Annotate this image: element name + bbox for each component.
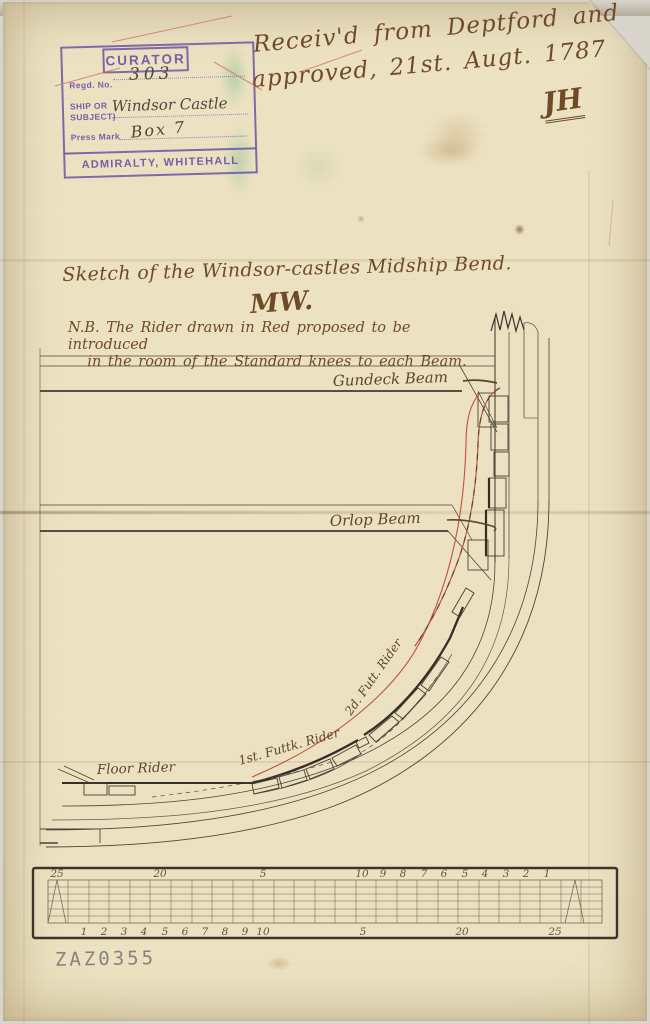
scale-tick: 25 xyxy=(49,868,64,880)
orlop-beam-label: Orlop Beam xyxy=(330,509,421,530)
scanned-document: CURATOR Regd. No. 303 SHIP OR SUBJECT) W… xyxy=(0,0,650,1024)
red-rider-lines xyxy=(252,388,500,777)
scale-tick: 8 xyxy=(400,868,407,880)
scale-tick: 1 xyxy=(81,926,88,938)
scale-tick: 7 xyxy=(202,926,209,938)
upper-rider-chocks xyxy=(486,396,509,556)
scale-tick: 4 xyxy=(140,926,148,938)
scale-tick: 9 xyxy=(242,926,249,938)
scale-tick: 1 xyxy=(544,868,551,880)
label-flourish xyxy=(447,520,496,531)
scale-grid-rows xyxy=(48,887,602,916)
scale-tick: 4 xyxy=(481,868,489,880)
scale-tick: 3 xyxy=(121,926,128,938)
archive-number: ZAZ0355 xyxy=(55,947,156,971)
scale-tick: 8 xyxy=(222,926,229,938)
scale-bar: 25 20 5 10 9 8 7 6 5 4 3 2 1 1 2 3 4 5 6… xyxy=(33,868,617,938)
midship-bend-drawing: Gundeck Beam Orlop Beam Floor Rider 1st.… xyxy=(0,0,650,1024)
scale-tick: 25 xyxy=(547,926,562,938)
scale-tick: 5 xyxy=(162,926,169,938)
scale-tick: 6 xyxy=(441,868,448,880)
red-pencil-marks xyxy=(55,16,613,246)
scale-tick-labels: 25 20 5 10 9 8 7 6 5 4 3 2 1 1 2 3 4 5 6… xyxy=(49,868,562,938)
scale-tick: 20 xyxy=(454,926,469,938)
scale-tick: 9 xyxy=(380,868,387,880)
scale-tick: 7 xyxy=(421,868,428,880)
scale-tick: 10 xyxy=(256,926,270,938)
scale-tick: 5 xyxy=(462,868,469,880)
scale-tick: 3 xyxy=(503,868,510,880)
scale-tick: 5 xyxy=(260,868,267,880)
scale-tick: 20 xyxy=(152,868,167,880)
gundeck-beam-label: Gundeck Beam xyxy=(333,368,449,390)
beam-knees xyxy=(448,366,497,580)
scale-diagonals xyxy=(48,880,584,923)
label-flourish xyxy=(463,380,497,383)
floor-rider-label: Floor Rider xyxy=(96,759,177,778)
scale-tick: 10 xyxy=(355,868,369,880)
side-frame-timbers xyxy=(491,311,549,562)
scale-tick: 5 xyxy=(360,926,367,938)
scale-grid-columns xyxy=(68,880,581,923)
scale-tick: 2 xyxy=(100,926,108,938)
scale-grid-frame xyxy=(48,880,602,923)
drawing-label-texts: Gundeck Beam Orlop Beam Floor Rider 1st.… xyxy=(96,368,497,778)
first-futtock-rider-label: 1st. Futtk. Rider xyxy=(237,724,342,767)
scale-tick: 2 xyxy=(522,868,530,880)
keel-and-floor xyxy=(40,766,100,843)
scale-tick: 6 xyxy=(182,926,189,938)
